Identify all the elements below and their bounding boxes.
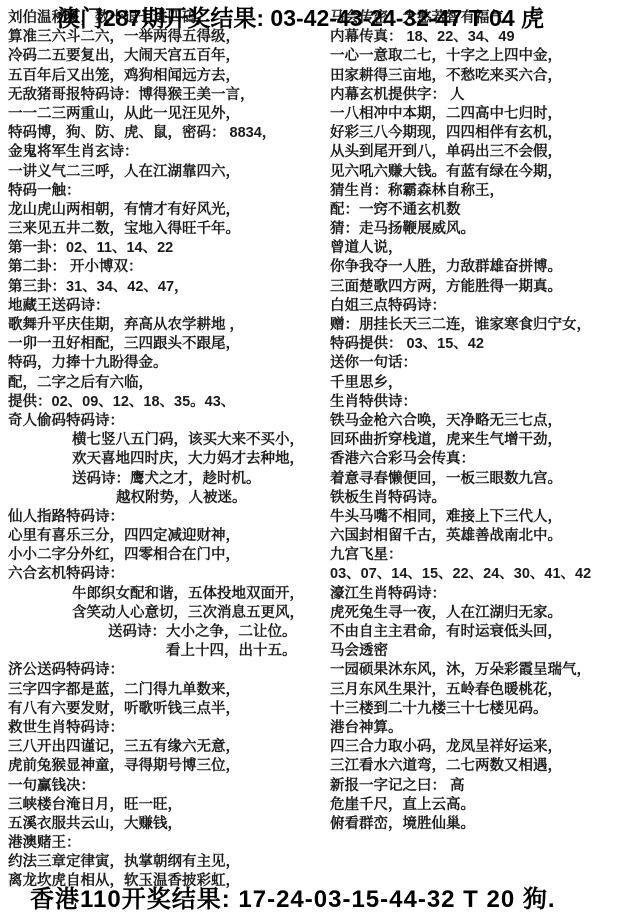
text-line: 第一卦：02、11、14、22: [8, 239, 316, 258]
text-line: 看上十四，出十五。: [8, 642, 316, 661]
text-line: 特码，力捧十九盼得金。: [8, 354, 316, 373]
text-line: 配：一窍不通玄机数: [330, 201, 618, 220]
text-line: 一园硕果沐东风，沐，万朵彩霞呈瑞气，: [330, 661, 618, 680]
text-line: 千里思乡，: [330, 374, 618, 393]
text-line: 九宫飞星：: [330, 546, 618, 565]
text-line: 猜生肖：称霸森林自称王，: [330, 182, 618, 201]
text-line: 第二卦： 开小博双：: [8, 258, 316, 277]
text-line: 牛郎织女配和谐，五体投地双面开，: [8, 585, 316, 604]
text-line: 四三合力取小码，龙凤呈祥好运来，: [330, 738, 618, 757]
text-line: 一一二三两重山，从此一见汪见外，: [8, 105, 316, 124]
text-line: 虎前兔猴显神童，寻得期号博三位，: [8, 757, 316, 776]
text-line: 越权附势，人被迷。: [8, 489, 316, 508]
text-line: 马会透密: [330, 642, 618, 661]
text-line: 第三卦：31、34、42、47，: [8, 278, 316, 297]
text-line: 配，二字之后有六临，: [8, 374, 316, 393]
text-line: 五溪衣服共云山，大赚钱，: [8, 815, 316, 834]
text-line: 地藏王送码诗：: [8, 297, 316, 316]
text-line: 从头到尾开到八，单码出三不会假，: [330, 143, 618, 162]
text-line: 03、07、14、15、22、24、30、41、42: [330, 565, 618, 584]
text-line: 金鬼将军生肖玄诗：: [8, 143, 316, 162]
left-column: 刘伯温秘芨，数十退七进四码，算准三六斗二六，一举两得五得级，冷码二五要复出，大闹…: [8, 9, 316, 892]
text-line: 香港六合彩马会传真：: [330, 450, 618, 469]
hongkong-result-footer: 香港110开奖结果: 17-24-03-15-44-32 T 20 狗.: [30, 879, 556, 914]
text-line: 一讲义气二三呼，人在江湖靠四六，: [8, 163, 316, 182]
text-line: 五百年后又出笼，鸡狗相闻远方去，: [8, 67, 316, 86]
text-line: 有八有六要发财，听歌听钱三点半，: [8, 700, 316, 719]
text-line: 特码一触：: [8, 182, 316, 201]
macau-result-header: 澳门287期开奖结果: 03-42-43-24-32-47 T 04 虎: [57, 0, 544, 33]
text-line: 三面楚歌四方两，方能胜得一期真。: [330, 278, 618, 297]
text-line: 送你一句话：: [330, 354, 618, 373]
text-line: 港台神算。: [330, 719, 618, 738]
text-line: 济公送码特码诗：: [8, 661, 316, 680]
text-line: 一心一意取二七，十字之上四中金，: [330, 47, 618, 66]
text-line: 一句赢钱决：: [8, 777, 316, 796]
text-line: 港澳赌王：: [8, 834, 316, 853]
text-line: 三字四字都是蓝，二门得九单数来，: [8, 681, 316, 700]
text-line: 欢天喜地四时庆，大力妈才去种地，: [8, 450, 316, 469]
text-line: 内幕玄机提供字： 人: [330, 86, 618, 105]
text-line: 三月东风生果汁，五岭春色暖桃花，: [330, 681, 618, 700]
text-line: 一八相冲中本期，二四高中七归时，: [330, 105, 618, 124]
text-line: 十三楼到二十九楼三十七楼见码。: [330, 700, 618, 719]
text-line: 冷码二五要复出，大闹天宫五百年，: [8, 47, 316, 66]
text-line: 白姐三点特码诗：: [330, 297, 618, 316]
text-line: 牛头马嘴不相同，难接上下三代人，: [330, 508, 618, 527]
text-line: 虎死兔生寻一夜，人在江湖归无家。: [330, 604, 618, 623]
text-line: 一卯一丑好相配，三四跟头不跟尾，: [8, 335, 316, 354]
tip-sheet-page: 澳门287期开奖结果: 03-42-43-24-32-47 T 04 虎 刘伯温…: [0, 0, 620, 919]
text-line: 你争我夺一人胜，力敌群雄奋拼博。: [330, 258, 618, 277]
text-line: 三江看水六道弯，二七两数又相遇，: [330, 757, 618, 776]
text-line: 送码诗：鹰犬之才，趁时机。: [8, 470, 316, 489]
text-line: 送码诗：大小之争，二让位。: [8, 623, 316, 642]
text-line: 铁板生肖特码诗。: [330, 489, 618, 508]
text-line: 三峡楼台淹日月，旺一旺，: [8, 796, 316, 815]
text-line: 见六吼六赚大钱。有蓝有绿在今期，: [330, 163, 618, 182]
text-line: 六国封相留千古，英雄善战南北中。: [330, 527, 618, 546]
right-column: 马会传密：大憨若智有福气内幕传真： 18、22、34、49一心一意取二七，十字之…: [330, 9, 618, 834]
text-line: 濠江生肖特码诗：: [330, 585, 618, 604]
text-line: 田家耕得三亩地，不愁吃来买六合，: [330, 67, 618, 86]
text-line: 歌舞升平庆佳期，弃高从农学耕地 ，: [8, 316, 316, 335]
text-line: 三来见五井二数，宝地入得旺千年。: [8, 220, 316, 239]
text-line: 横七竖八五门码，该买大来不买小，: [8, 431, 316, 450]
text-line: 龙山虎山两相朝，有情才有好风光，: [8, 201, 316, 220]
text-line: 回环曲折穿栈道，虎来生气增干劲，: [330, 431, 618, 450]
text-line: 好彩三八今期现，四四相伴有玄机，: [330, 124, 618, 143]
text-line: 生肖特供诗：: [330, 393, 618, 412]
text-line: 曾道人说，: [330, 239, 618, 258]
text-line: 铁马金枪六合唤，天净略无三七点，: [330, 412, 618, 431]
text-line: 三八开出四谨记，三五有缘六无意，: [8, 738, 316, 757]
text-line: 救世生肖特码诗：: [8, 719, 316, 738]
text-line: 六合玄机特码诗：: [8, 565, 316, 584]
text-line: 约法三章定律寅，执掌朝纲有主见，: [8, 853, 316, 872]
text-line: 俯看群峦，境胜仙巢。: [330, 815, 618, 834]
text-line: 危崖千尺，直上云高。: [330, 796, 618, 815]
text-line: 新报一字记之曰： 高: [330, 777, 618, 796]
text-line: 着意寻春懒便回，一板三眼数九宫。: [330, 470, 618, 489]
text-line: 含笑动人心意切，三次消息五更风，: [8, 604, 316, 623]
text-line: 赠：朋挂长天三二连，谁家寒食归宁女，: [330, 316, 618, 335]
text-line: 特码提供： 03、15、42: [330, 335, 618, 354]
text-line: 仙人指路特码诗：: [8, 508, 316, 527]
text-line: 小小二字分外红，四零相合在门中，: [8, 546, 316, 565]
text-line: 不由自主主君命，有时运衰低头回，: [330, 623, 618, 642]
text-line: 特码博，狗、防、虎、鼠，密码： 8834，: [8, 124, 316, 143]
text-line: 提供：02、09、12、18、35。43、: [8, 393, 316, 412]
text-line: 猜：走马扬鞭展威风。: [330, 220, 618, 239]
text-line: 无敌猪哥报特码诗：博得猴王美一言，: [8, 86, 316, 105]
text-line: 心里有喜乐三分，四四定减迎财神，: [8, 527, 316, 546]
text-line: 奇人偷码特码诗：: [8, 412, 316, 431]
